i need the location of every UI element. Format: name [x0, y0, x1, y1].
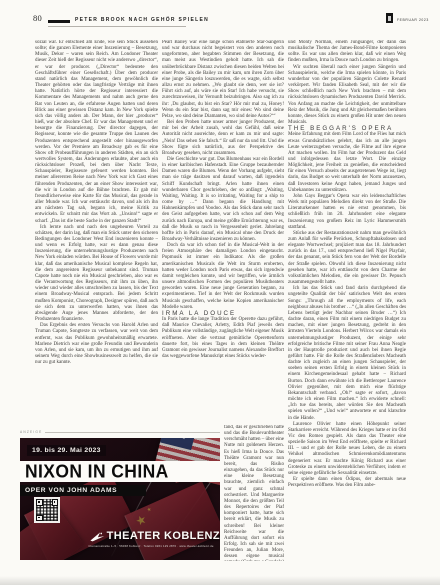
qr-finder-icon [36, 499, 43, 506]
column-3-paragraphs: und Monty Norman, einem Jungsänger, der … [288, 40, 406, 126]
text-column-3: und Monty Norman, einem Jungsänger, der … [288, 40, 406, 570]
nixon-in-china-ad: ★ ★ ★ ★ ★ ★ ★ ★ ★★ ★ ★ 19. bis 29. Mai 2… [20, 438, 220, 560]
paragraph: Meine Erfahrung mit dem Film Lord of the… [288, 132, 406, 194]
article-header-title: PETER BROOK NACH GEHÖR SPIELEN [75, 17, 209, 23]
paragraph: fand, das er geschrieben hatte und das d… [224, 425, 284, 561]
ad-title-band: NIXON IN CHINA [20, 461, 220, 482]
paragraph: Ich lernte nach und nach den ungeheuren … [35, 225, 158, 324]
anzeige-rule [45, 432, 220, 433]
issue-date: FEBRUAR 2023 [397, 18, 429, 22]
swoosh-icon [90, 531, 105, 542]
column-2-paragraphs-after-heading: In Paris hatte die lange Tradition der O… [162, 317, 284, 360]
header-rule [48, 26, 186, 27]
header-dash [48, 20, 70, 23]
paragraph: Stücke aus der Restaurationszeit nahm ma… [288, 231, 406, 286]
column-3-paragraphs-after-heading: Meine Erfahrung mit dem Film Lord of the… [288, 132, 406, 489]
paragraph: Laurence Olivier hatte einen Höhepunkt s… [288, 422, 406, 477]
theater-contact-line: Clemensstraße 1–5 · 56068 Koblenz · Tele… [82, 544, 220, 548]
ad-subtitle-band: OPER VON JOHN ADAMS [20, 485, 146, 496]
paragraph: Ich las das Stück und fand darin durchge… [288, 286, 406, 421]
column-2-paragraphs: Pearl Bailey war eine lange schon etabli… [162, 40, 284, 311]
qr-finder-icon [36, 515, 43, 522]
theater-logo: THEATER KOBLENZ [70, 530, 220, 542]
qr-finder-icon [52, 499, 59, 506]
paragraph: sozial war. Er entschied am Ende, wie se… [35, 40, 158, 225]
anzeige-label: ANZEIGE [20, 430, 42, 434]
paragraph: Bei den Proben hatte unser armer junger … [162, 120, 284, 157]
magazine-page: 80 PETER BROOK NACH GEHÖR SPIELEN FEBRUA… [0, 0, 440, 585]
paragraph: Wir suchten überall nach einer jungen Sä… [288, 65, 406, 127]
paragraph: In Paris hatte die lange Tradition der O… [162, 317, 284, 360]
paragraph: Doch da war ich schon tief in die Musica… [162, 243, 284, 311]
anzeige-row: ANZEIGE [20, 430, 220, 434]
paragraph: Er spielte dann einen Ödipus, der aberma… [288, 477, 406, 489]
theater-name: THEATER KOBLENZ [107, 530, 220, 542]
magazine-logo-icon [386, 13, 393, 23]
paragraph: Das Ergebnis des ersten Versuchs von Har… [35, 323, 158, 366]
ad-subtitle: OPER VON JOHN ADAMS [20, 487, 117, 494]
ad-title: NIXON IN CHINA [20, 460, 169, 482]
paragraph: Die Geschichte war gut. Das Blumenhaus w… [162, 157, 284, 243]
text-column-2: Pearl Bailey war eine lange schon etabli… [162, 40, 284, 423]
scan-edge-shadow [0, 576, 440, 585]
paragraph: John Gays Beggar's Opera war ein leidens… [288, 194, 406, 231]
paragraph: und Monty Norman, einem Jungsänger, der … [288, 40, 406, 65]
qr-code [34, 497, 60, 523]
text-column-1: sozial war. Er entschied am Ende, wie se… [35, 40, 158, 432]
page-number: 80 [33, 13, 42, 23]
ad-dates: 19. bis 29. Mai 2023 [27, 445, 106, 456]
text-column-2-narrow: fand, das er geschrieben hatte und das d… [224, 425, 284, 561]
paragraph: Pearl Bailey war eine lange schon etabli… [162, 40, 284, 120]
